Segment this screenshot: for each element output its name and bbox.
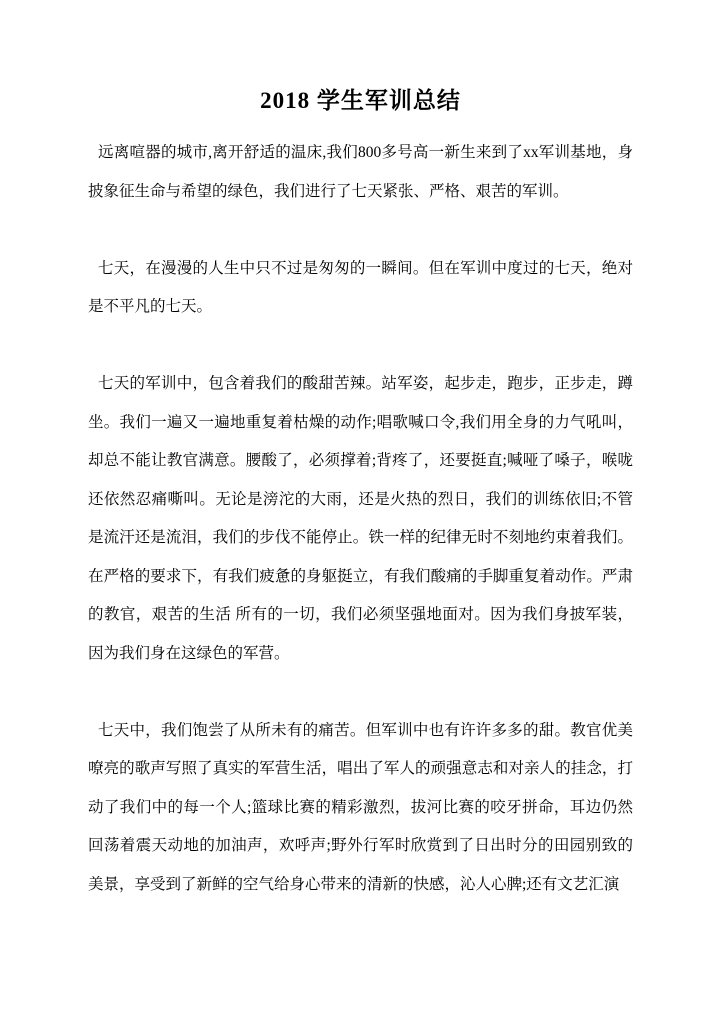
paragraph-2: 七天，在漫漫的人生中只不过是匆匆的一瞬间。但在军训中度过的七天，绝对是不平凡的七… — [88, 250, 633, 327]
paragraph-1: 远离喧器的城市,离开舒适的温床,我们800多号高一新生来到了xx军训基地，身披象… — [88, 134, 633, 211]
document-page: 2018 学生军训总结 远离喧器的城市,离开舒适的温床,我们800多号高一新生来… — [0, 0, 721, 1020]
document-body: 远离喧器的城市,离开舒适的温床,我们800多号高一新生来到了xx军训基地，身披象… — [88, 134, 633, 904]
paragraph-3: 七天的军训中，包含着我们的酸甜苦辣。站军姿，起步走，跑步，正步走，蹲坐。我们一遍… — [88, 365, 633, 673]
document-title: 2018 学生军训总结 — [0, 84, 721, 117]
paragraph-4: 七天中，我们饱尝了从所未有的痛苦。但军训中也有许许多多的甜。教官优美嘹亮的歌声写… — [88, 712, 633, 905]
